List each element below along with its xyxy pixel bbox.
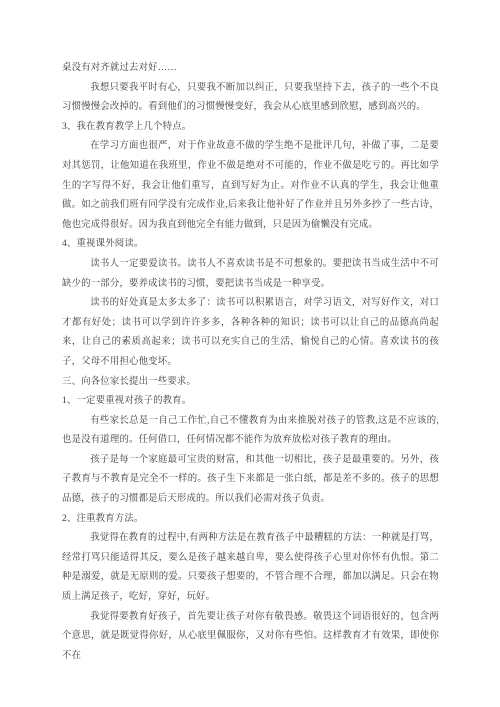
heading-line: 1、一定要重视对孩子的教育。 <box>62 392 439 412</box>
heading-line: 4、重视课外阅读。 <box>62 235 439 255</box>
paragraph: 有些家长总是一自己工作忙,自己不懂教育为由来推脱对孩子的管教,这是不应该的,也是… <box>62 412 439 451</box>
paragraph: 在学习方面也很严，对于作业故意不做的学生绝不是批评几句，补做了事，二是要对其惩罚… <box>62 137 439 235</box>
paragraph: 桌没有对齐就过去对好…… <box>62 59 439 79</box>
heading-line: 三、向各位家长提出一些要求。 <box>62 373 439 393</box>
paragraph: 我觉得要教育好孩子，首先要让孩子对你有敬畏感。敬畏这个词语很好的，包含两个意思，… <box>62 608 439 667</box>
paragraph: 读书人一定要爱读书。读书人不喜欢读书是不可想象的。要把读书当成生活中不可缺少的一… <box>62 255 439 294</box>
document-text-body: 桌没有对齐就过去对好……我想只要我平时有心，只要我不断加以纠正，只要我坚持下去，… <box>62 59 439 666</box>
paragraph: 孩子是每一个家庭最可宝贵的财富，和其他一切相比，孩子是最重要的。另外，孩子教育与… <box>62 451 439 510</box>
paragraph: 我觉得在教育的过程中,有两种方法是在教育孩子中最糟糕的方法：一种就是打骂，经常打… <box>62 529 439 607</box>
heading-line: 2、注重教育方法。 <box>62 510 439 530</box>
paragraph: 我想只要我平时有心，只要我不断加以纠正，只要我坚持下去，孩子的一些个不良习惯慢慢… <box>62 79 439 118</box>
document-page: 桌没有对齐就过去对好……我想只要我平时有心，只要我不断加以纠正，只要我坚持下去，… <box>0 0 500 707</box>
paragraph: 读书的好处真是太多太多了：读书可以积累语言，对学习语文，对写好作文，对口才都有好… <box>62 294 439 372</box>
heading-line: 3、我在教育教学上几个特点。 <box>62 118 439 138</box>
